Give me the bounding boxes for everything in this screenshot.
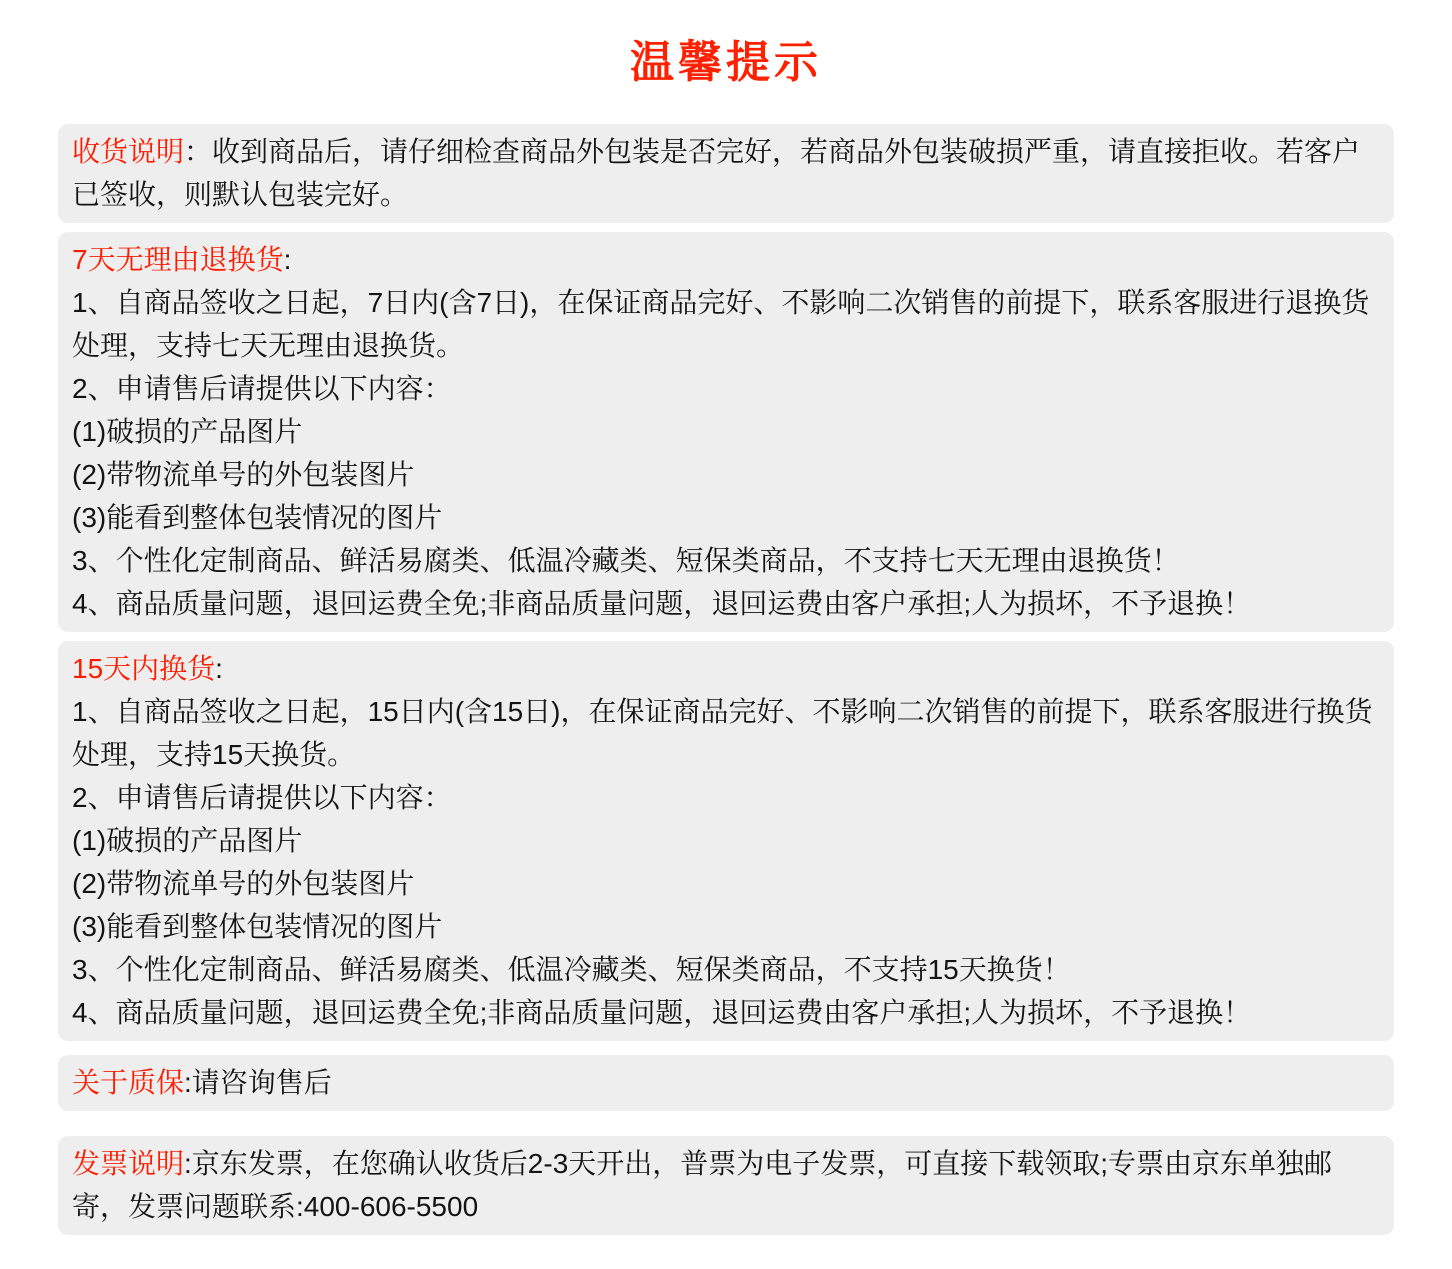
page-title: 温馨提示 xyxy=(0,26,1452,90)
notice-box-fifteen-day-exchange: 15天内换货: 1、自商品签收之日起，15日内(含15日)，在保证商品完好、不影… xyxy=(58,641,1394,1041)
notice-line: (2)带物流单号的外包装图片 xyxy=(72,862,1380,905)
seven-day-heading: 7天无理由退换货 xyxy=(72,244,284,275)
receiving-note: 收货说明：收到商品后，请仔细检查商品外包装是否完好，若商品外包装破损严重，请直接… xyxy=(72,130,1380,216)
notice-line: 3、个性化定制商品、鲜活易腐类、低温冷藏类、短保类商品，不支持七天无理由退换货！ xyxy=(72,539,1380,582)
seven-day-heading-line: 7天无理由退换货: xyxy=(72,238,1380,281)
notice-line: 1、自商品签收之日起，7日内(含7日)，在保证商品完好、不影响二次销售的前提下，… xyxy=(72,281,1380,367)
notice-box-seven-day-return: 7天无理由退换货: 1、自商品签收之日起，7日内(含7日)，在保证商品完好、不影… xyxy=(58,232,1394,632)
notice-line: (3)能看到整体包装情况的图片 xyxy=(72,496,1380,539)
fifteen-day-heading-colon: : xyxy=(215,653,223,684)
notice-box-invoice: 发票说明:京东发票，在您确认收货后2-3天开出，普票为电子发票，可直接下载领取;… xyxy=(58,1136,1394,1235)
notice-line: 4、商品质量问题，退回运费全免;非商品质量问题，退回运费由客户承担;人为损坏，不… xyxy=(72,991,1380,1034)
receiving-text: ：收到商品后，请仔细检查商品外包装是否完好，若商品外包装破损严重，请直接拒收。若… xyxy=(72,136,1360,210)
notice-line: 2、申请售后请提供以下内容： xyxy=(72,776,1380,819)
notice-line: (1)破损的产品图片 xyxy=(72,410,1380,453)
fifteen-day-heading-line: 15天内换货: xyxy=(72,647,1380,690)
notice-line: (1)破损的产品图片 xyxy=(72,819,1380,862)
warranty-text: :请咨询售后 xyxy=(184,1067,332,1098)
invoice-text: :京东发票，在您确认收货后2-3天开出，普票为电子发票，可直接下载领取;专票由京… xyxy=(72,1148,1332,1222)
notice-line: 2、申请售后请提供以下内容： xyxy=(72,367,1380,410)
seven-day-heading-colon: : xyxy=(284,244,292,275)
notice-line: 3、个性化定制商品、鲜活易腐类、低温冷藏类、短保类商品，不支持15天换货！ xyxy=(72,948,1380,991)
warranty-label: 关于质保 xyxy=(72,1067,184,1098)
notice-line: 4、商品质量问题，退回运费全免;非商品质量问题，退回运费由客户承担;人为损坏，不… xyxy=(72,582,1380,625)
notice-box-receiving: 收货说明：收到商品后，请仔细检查商品外包装是否完好，若商品外包装破损严重，请直接… xyxy=(58,124,1394,223)
warm-tips-page: 温馨提示 收货说明：收到商品后，请仔细检查商品外包装是否完好，若商品外包装破损严… xyxy=(0,0,1452,1269)
receiving-label: 收货说明 xyxy=(72,136,184,167)
warranty-note: 关于质保:请咨询售后 xyxy=(72,1061,1380,1104)
notice-box-warranty: 关于质保:请咨询售后 xyxy=(58,1055,1394,1111)
invoice-label: 发票说明 xyxy=(72,1148,184,1179)
notice-line: 1、自商品签收之日起，15日内(含15日)，在保证商品完好、不影响二次销售的前提… xyxy=(72,690,1380,776)
notice-line: (2)带物流单号的外包装图片 xyxy=(72,453,1380,496)
fifteen-day-heading: 15天内换货 xyxy=(72,653,215,684)
invoice-note: 发票说明:京东发票，在您确认收货后2-3天开出，普票为电子发票，可直接下载领取;… xyxy=(72,1142,1380,1228)
notice-line: (3)能看到整体包装情况的图片 xyxy=(72,905,1380,948)
